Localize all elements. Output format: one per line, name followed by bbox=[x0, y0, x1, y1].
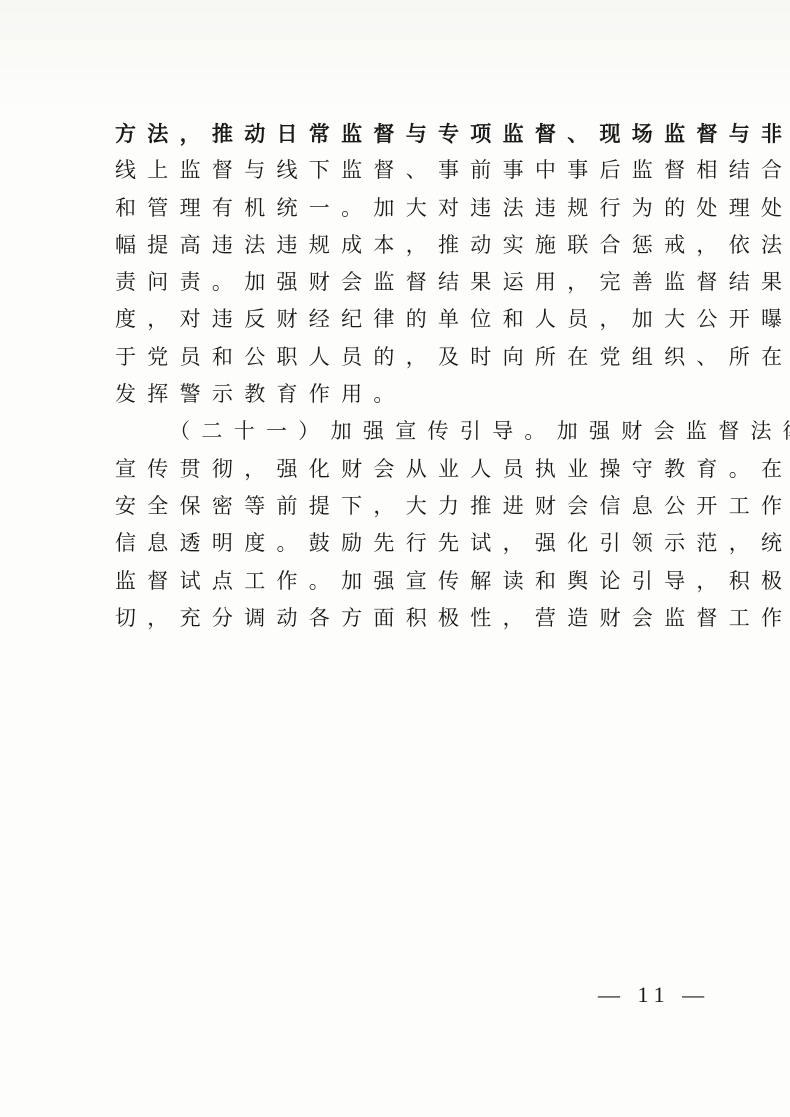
text-line: 于党员和公职人员的，及时向所在党组织、所在单位通报， bbox=[115, 339, 687, 376]
text-line: 信息透明度。鼓励先行先试，强化引领示范，统筹抓好财会 bbox=[115, 525, 687, 562]
text-line: 方法，推动日常监督与专项监督、现场监督与非现场监督、 bbox=[115, 115, 687, 152]
page-number: — 11 — bbox=[598, 982, 710, 1008]
scan-shade bbox=[0, 0, 790, 110]
text-line: 发挥警示教育作用。 bbox=[115, 376, 687, 413]
text-line: 幅提高违法违规成本，推动实施联合惩戒，依法依规开展追 bbox=[115, 227, 687, 264]
text-line: 宣传贯彻，强化财会从业人员执业操守教育。在依法合规、 bbox=[115, 451, 687, 488]
document-body: 方法，推动日常监督与专项监督、现场监督与非现场监督、 线上监督与线下监督、事前事… bbox=[115, 115, 687, 637]
text-line: 责问责。加强财会监督结果运用，完善监督结果公告公示制 bbox=[115, 264, 687, 301]
text-line: 和管理有机统一。加大对违法违规行为的处理处罚力度，大 bbox=[115, 190, 687, 227]
section-heading-line: （二十一）加强宣传引导。加强财会监督法律法规政策 bbox=[115, 413, 687, 450]
text-line: 度，对违反财经纪律的单位和人员，加大公开曝光力度，属 bbox=[115, 301, 687, 338]
text-line: 切，充分调动各方面积极性，营造财会监督工作良好环境。 bbox=[115, 600, 687, 637]
text-line: 监督试点工作。加强宣传解读和舆论引导，积极回应社会关 bbox=[115, 563, 687, 600]
text-line: 安全保密等前提下，大力推进财会信息公开工作，提高财会 bbox=[115, 488, 687, 525]
text-line: 线上监督与线下监督、事前事中事后监督相结合，实现监督 bbox=[115, 152, 687, 189]
